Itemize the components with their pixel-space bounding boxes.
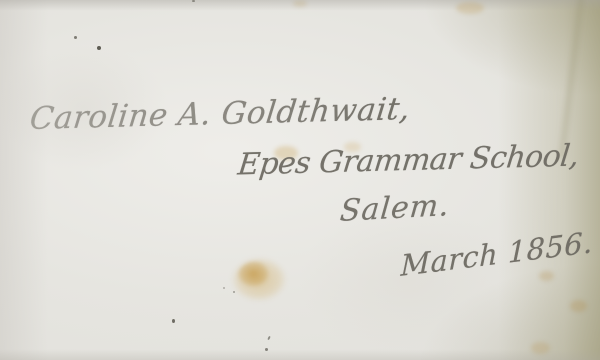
ink-speck	[172, 319, 175, 323]
faint-stain-spot	[539, 271, 554, 281]
ink-speck	[265, 348, 268, 351]
ink-speck	[267, 336, 271, 340]
inscription-photo: Caroline A. Goldthwait, Epes Grammar Sch…	[0, 0, 600, 360]
faint-stain-spot	[570, 300, 587, 312]
ink-speck	[233, 291, 235, 293]
main-stain	[237, 261, 273, 291]
paper-crease	[556, 0, 589, 158]
inscription-line-name: Caroline A. Goldthwait,	[28, 91, 412, 137]
ink-speck	[192, 0, 195, 2]
faint-stain-spot	[293, 0, 307, 7]
inscription-line-school: Epes Grammar School,	[236, 138, 580, 182]
ink-speck	[223, 287, 225, 289]
inscription-line-place: Salem.	[339, 188, 452, 229]
main-stain-halo	[227, 255, 291, 309]
inscription-line-date: March 1856.	[400, 225, 593, 283]
faint-stain-spot	[456, 2, 484, 14]
ink-speck	[74, 36, 77, 39]
faint-stain-spot	[531, 342, 550, 354]
ink-speck	[97, 46, 101, 50]
